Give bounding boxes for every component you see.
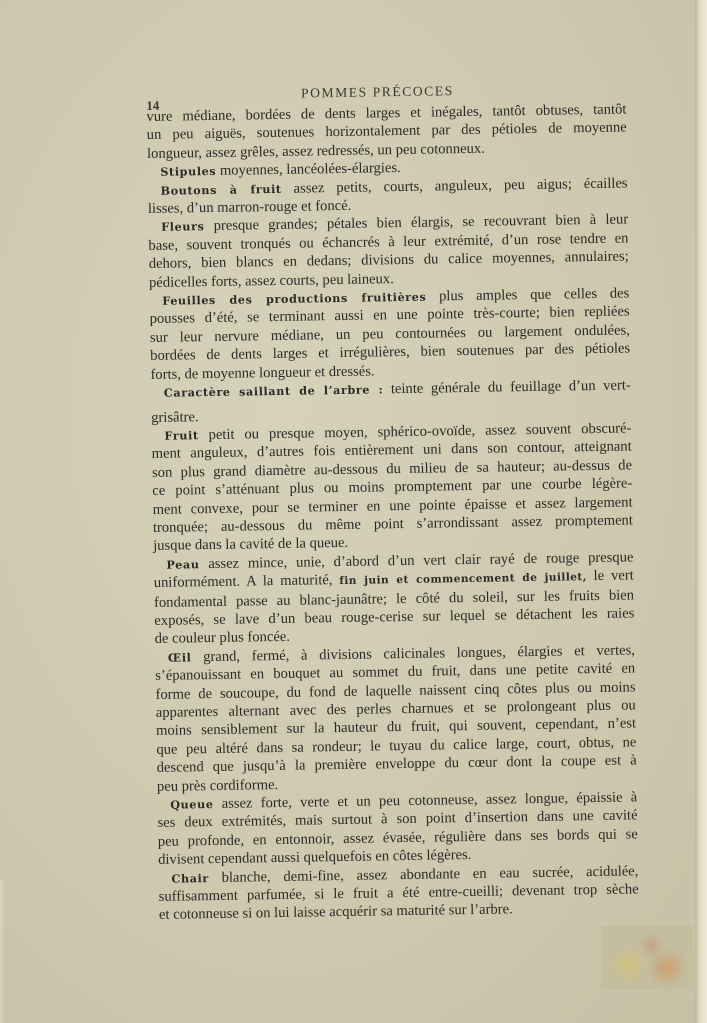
- lead-term: Fleurs: [161, 220, 204, 235]
- lead-term: Caractère saillant de l’arbre :: [164, 382, 384, 399]
- text-run: le vert: [587, 568, 634, 585]
- lead-term: Queue: [170, 797, 213, 812]
- paragraph-feuilles: Feuilles des productions fruitières plus…: [149, 284, 630, 384]
- paragraph-caractere: Caractère saillant de l’arbre : teinte g…: [151, 377, 632, 427]
- lead-term: Chair: [171, 871, 209, 886]
- text-run: uniformément. A la maturité,: [154, 572, 340, 591]
- text-run: moyennes, lancéolées-élargies.: [216, 160, 401, 179]
- paragraph-fruit: Fruit petit ou presque moyen, sphérico-o…: [151, 419, 633, 555]
- page-edge-left: [0, 880, 6, 1023]
- running-title: POMMES PRÉCOCES: [301, 83, 454, 101]
- text-run: plus amples que celles des: [426, 285, 629, 304]
- page-number: 14: [146, 98, 159, 114]
- paragraph-queue: Queue assez forte, verte et un peu coton…: [157, 788, 638, 869]
- text-block: 14 POMMES PRÉCOCES vure médiane, bordées…: [146, 80, 639, 924]
- lead-term: Fruit: [164, 428, 198, 443]
- bleed-through-fruit-illustration: [601, 926, 693, 990]
- paragraph-oeil: Œil grand, fermé, à divisions calicinale…: [155, 641, 637, 796]
- page-edge-right: [695, 0, 707, 1023]
- lead-term: Feuilles des productions fruitières: [162, 290, 426, 308]
- lead-term: Peau: [166, 557, 199, 572]
- lead-term: Œil: [168, 650, 192, 664]
- lead-term: Boutons à fruit: [161, 182, 282, 198]
- paragraph-fleurs: Fleurs presque grandes; pétales bien éla…: [148, 211, 629, 292]
- ripening-period: fin juin et commencement de juillet,: [339, 571, 587, 587]
- paragraph-continuation: vure médiane, bordées de dents larges et…: [146, 100, 627, 163]
- lead-term: Stipules: [160, 164, 216, 179]
- paragraph-chair: Chair blanche, demi-fine, assez abondant…: [158, 862, 639, 925]
- text-run: teinte générale du feuillage d’un vert-: [383, 378, 631, 398]
- paragraph-peau: Peau assez mince, unie, d’abord d’un ver…: [153, 548, 634, 649]
- book-page: 14 POMMES PRÉCOCES vure médiane, bordées…: [0, 0, 707, 1023]
